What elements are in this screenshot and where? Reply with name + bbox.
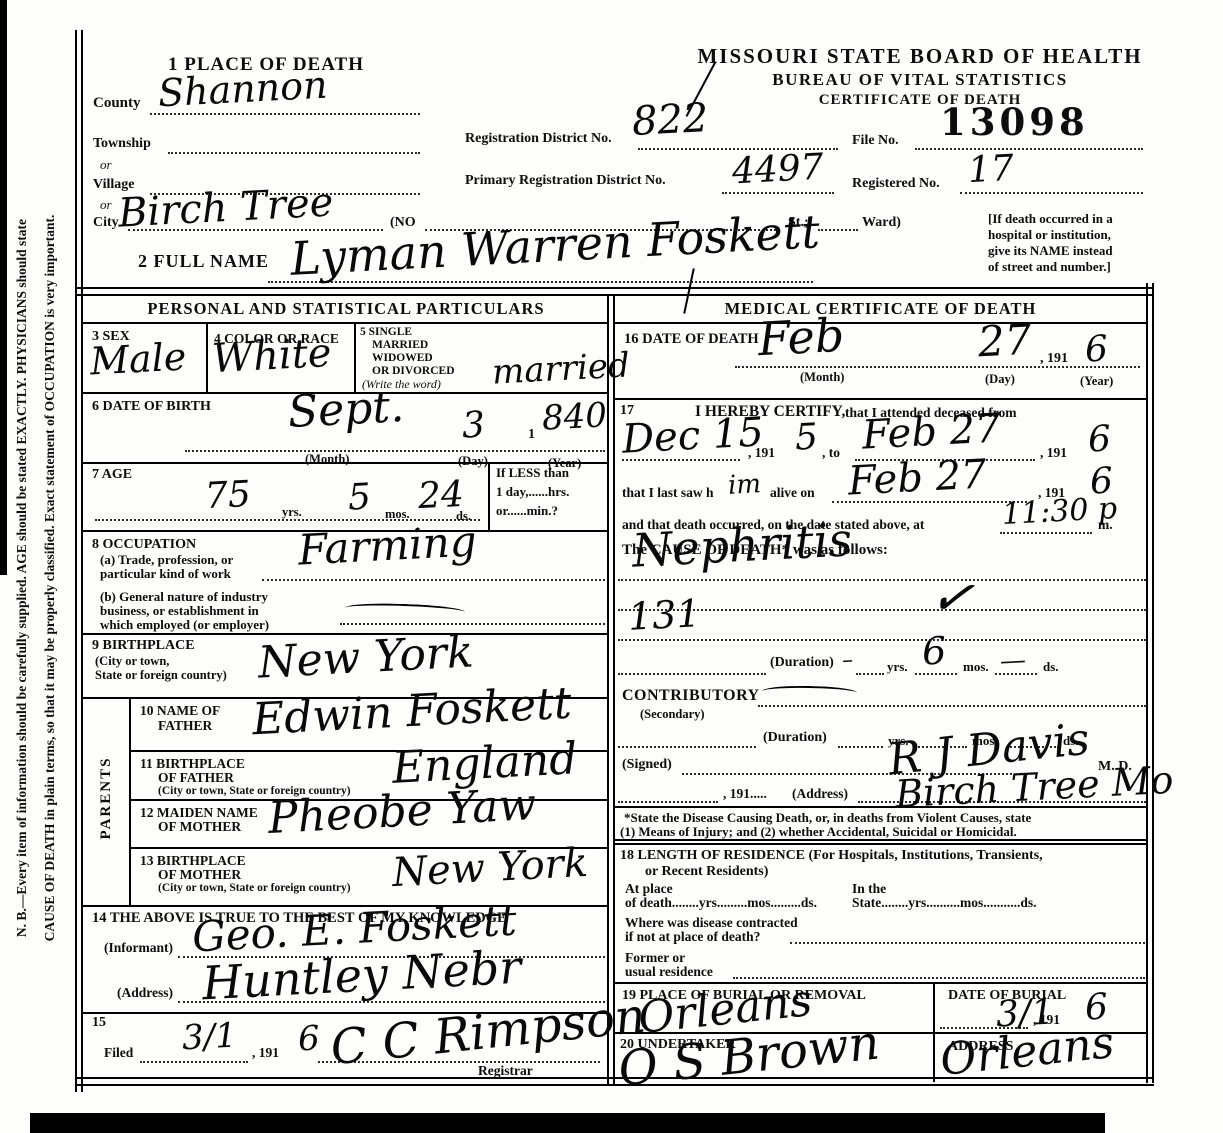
cause-of-death-value: Nephritis [631,516,853,573]
marital-label-3: WIDOWED [372,352,433,364]
marital-value: married [491,348,630,389]
margin-note-line2: CAUSE OF DEATH in plain terms, so that i… [42,32,58,1124]
primary-registration-line [722,192,834,194]
city-value: Birch Tree [117,182,334,233]
occupation-a-line [262,579,605,581]
father-name-value: Edwin Foskett [251,682,572,743]
date-of-death-month: Feb [757,312,845,362]
duration-yrs-label: yrs. [887,660,908,674]
dob-year-value: 840 [541,398,608,435]
township-label: Township [93,137,151,152]
hospital-note-3: give its NAME instead [988,244,1113,258]
registration-district-value: 822 [631,98,709,142]
duration-line-0 [618,673,766,675]
mother-birthplace-label-2: OF MOTHER [158,868,241,882]
registration-district-label: Registration District No. [465,132,612,147]
filed-date-value: 3/1 [181,1019,237,1056]
former-label-2: usual residence [625,965,713,979]
registered-no-line [960,192,1143,194]
registered-no-label: Registered No. [852,177,940,192]
occupation-b-1: (b) General nature of industry [100,590,268,604]
contracted-line [790,942,1145,944]
attended-to-year-suffix: 6 [1087,421,1112,458]
full-name-value: Lyman Warren Foskett [289,208,821,282]
age-less-1: If LESS than [496,466,569,480]
age-less-2: 1 day,......hrs. [496,485,569,499]
parents-label: PARENTS [98,741,115,855]
date-of-death-label: 16 DATE OF DEATH [624,332,759,347]
hospital-note-1: [If death occurred in a [988,212,1113,226]
certificate-number: 13098 [940,103,1089,142]
dob-label: 6 DATE OF BIRTH [92,400,211,415]
residence-label-2: or Recent Residents) [645,865,768,880]
contracted-label-2: if not at place of death? [625,930,760,944]
divider-age-box [488,462,490,530]
medical-section-title: MEDICAL CERTIFICATE OF DEATH [615,300,1146,317]
pen-dash-contributory [762,685,857,699]
rule-r1 [615,322,1146,324]
divider-parents [129,697,131,905]
filed-label: Filed [104,1046,133,1060]
duration2-label: (Duration) [763,731,827,746]
attended-from-value: Dec 15 [621,412,765,459]
attended-to-year-prefix: , 191 [1040,446,1067,460]
rule-r4b [615,843,1146,845]
age-yrs-label: yrs. [282,506,302,519]
signed-label: (Signed) [622,758,672,773]
file-no-line [915,148,1143,150]
duration-label: (Duration) [770,656,834,671]
marital-label-2: MARRIED [372,339,428,351]
birthplace-label: 9 BIRTHPLACE [92,639,195,654]
duration-line-2 [915,673,957,675]
death-time-line [1000,532,1092,534]
occupation-a-1: (a) Trade, profession, or [100,553,233,567]
date-of-death-year-prefix: , 191 [1040,352,1068,367]
mother-name-value: Pheobe Yaw [267,783,537,841]
duration-line-1 [856,673,884,675]
file-no-label: File No. [852,134,899,149]
scan-edge-bottom-bar [30,1113,1105,1133]
hospital-note-4: of street and number.] [988,260,1111,274]
sex-value: Male [89,338,187,381]
father-birthplace-label-2: OF FATHER [158,771,234,785]
attended-from-line [622,459,740,461]
occupation-b-2: business, or establishment in [100,604,259,618]
bureau-title: BUREAU OF VITAL STATISTICS [690,71,1150,89]
dob-day-value: 3 [461,407,486,444]
occupation-label: 8 OCCUPATION [92,538,196,553]
secondary-label: (Secondary) [640,708,705,721]
age-months-value: 5 [347,479,372,516]
birthplace-hint-1: (City or town, [95,655,169,668]
county-value: Shannon [157,66,328,113]
cause-code-value: 131 [627,594,701,636]
marital-label-4: OR DIVORCED [372,365,455,377]
border-right-inner [1146,283,1148,1083]
year-blank-label: , 191..... [723,787,767,801]
residence-label-1: 18 LENGTH OF RESIDENCE (For Hospitals, I… [620,849,1043,864]
filed-year-prefix: , 191 [252,1046,279,1060]
birthplace-hint-2: State or foreign country) [95,669,227,682]
township-line [168,152,420,154]
last-saw-hw: im [727,471,761,499]
duration-ds-value: — [999,647,1026,674]
dob-year-prefix: 1 [528,428,535,443]
primary-registration-value: 4497 [731,150,824,191]
duration2-line-1 [838,746,883,748]
in-state-label-2: State........yrs..........mos...........… [852,896,1037,910]
at-place-label-2: of death........yrs.........mos.........… [625,896,817,910]
rule-bottom-2 [75,1084,1154,1086]
cause-line-3 [618,639,1146,641]
divider-color-marital [354,322,356,392]
primary-registration-label: Primary Registration District No. [465,174,666,189]
border-right-outer [1152,283,1154,1083]
age-less-3: or......min.? [496,504,558,518]
to-label: , to [822,446,840,460]
date-of-death-line [735,366,1140,368]
informant-address-value: Huntley Nebr [201,944,522,1007]
dob-line [185,450,605,452]
attended-to-value: Feb 27 [861,408,1001,455]
mother-birthplace-value: New York [391,843,589,893]
or-label-2: or [100,198,112,212]
address-label: (Address) [792,787,848,801]
border-left-inner [81,30,83,1092]
age-label: 7 AGE [92,468,132,483]
registrar-label: Registrar [478,1064,533,1078]
contributory-line [758,705,1146,707]
duration-mos-value: 6 [921,631,947,670]
last-saw-pre: that I last saw h [622,486,714,500]
duration-yrs-value: – [841,650,853,673]
attended-from-year-prefix: , 191 [748,446,775,460]
marital-label-1: 5 SINGLE [360,326,412,338]
year-blank-line [618,801,718,803]
rule-l3 [83,462,607,464]
personal-section-title: PERSONAL AND STATISTICAL PARTICULARS [85,300,607,317]
dod-day-caption: (Day) [985,373,1015,386]
death-certificate-scan: N. B.—Every item of information should b… [0,0,1223,1133]
county-label: County [93,96,141,112]
duration-line-3 [995,673,1037,675]
filed-year-suffix: 6 [297,1021,320,1056]
registered-no-value: 17 [967,151,1015,189]
dob-month-caption: (Month) [305,453,349,466]
birthplace-value: New York [257,630,475,685]
rule-r4a [615,839,1146,841]
last-saw-date: Feb 27 [847,454,987,501]
occupation-b-3: which employed (or employer) [100,618,269,632]
border-center-2 [613,294,615,1084]
undertaker-address-value: Orleans [938,1021,1116,1083]
ward-label: Ward) [862,216,901,231]
color-race-value: White [211,333,332,379]
border-left-outer [75,30,77,1092]
informant-address-label: (Address) [117,986,173,1000]
father-name-label-2: FATHER [158,719,212,733]
last-saw-mid: alive on [770,486,815,500]
occupation-b-line [340,623,605,625]
check-mark: ✓ [927,569,977,627]
margin-note-line1: N. B.—Every item of information should b… [14,32,30,1124]
pen-dash-occupation [345,602,465,618]
footnote-line-2: (1) Means of Injury; and (2) whether Acc… [620,825,1017,839]
father-name-label-1: 10 NAME OF [140,704,220,718]
scan-edge-left-bar [0,0,7,575]
hospital-note-2: hospital or institution, [988,228,1111,242]
occupation-a-2: particular kind of work [100,567,231,581]
rule-header-bottom-1 [75,287,1154,289]
duration-ds-label: ds. [1043,660,1059,674]
rule-r2 [615,398,1146,400]
dob-month-value: Sept. [287,385,405,435]
city-label: City [93,216,119,231]
filed-date-line [140,1061,248,1063]
last-saw-line [832,501,1027,503]
date-of-death-day: 27 [977,319,1033,364]
border-center-1 [607,294,609,1084]
mother-name-label-2: OF MOTHER [158,820,241,834]
date-of-death-year-suffix: 6 [1084,331,1109,368]
org-title: MISSOURI STATE BOARD OF HEALTH [690,45,1150,67]
dod-month-caption: (Month) [800,371,844,384]
age-years-value: 75 [204,477,252,515]
mother-birthplace-hint: (City or town, State or foreign country) [158,882,351,894]
rule-r5 [615,982,1146,984]
rule-l1 [83,322,607,324]
duration-mos-label: mos. [963,660,989,674]
contributory-label: CONTRIBUTORY [622,688,760,705]
filed-section-number: 15 [92,1016,106,1031]
rule-r3 [615,806,1146,808]
occupation-a-value: Farming [297,520,478,571]
cause-line-1 [618,579,1146,581]
attended-from-year-suffix: 5 [794,419,819,456]
duration2-line-0 [618,746,756,748]
dod-year-caption: (Year) [1080,375,1113,388]
st-line [818,229,858,231]
death-time-suffix: m. [1098,518,1113,532]
divider-sex-color [206,322,208,392]
footnote-line-1: *State the Disease Causing Death, or, in… [624,811,1031,825]
informant-label: (Informant) [104,941,173,955]
full-name-label: 2 FULL NAME [138,252,269,271]
or-label-1: or [100,158,112,172]
